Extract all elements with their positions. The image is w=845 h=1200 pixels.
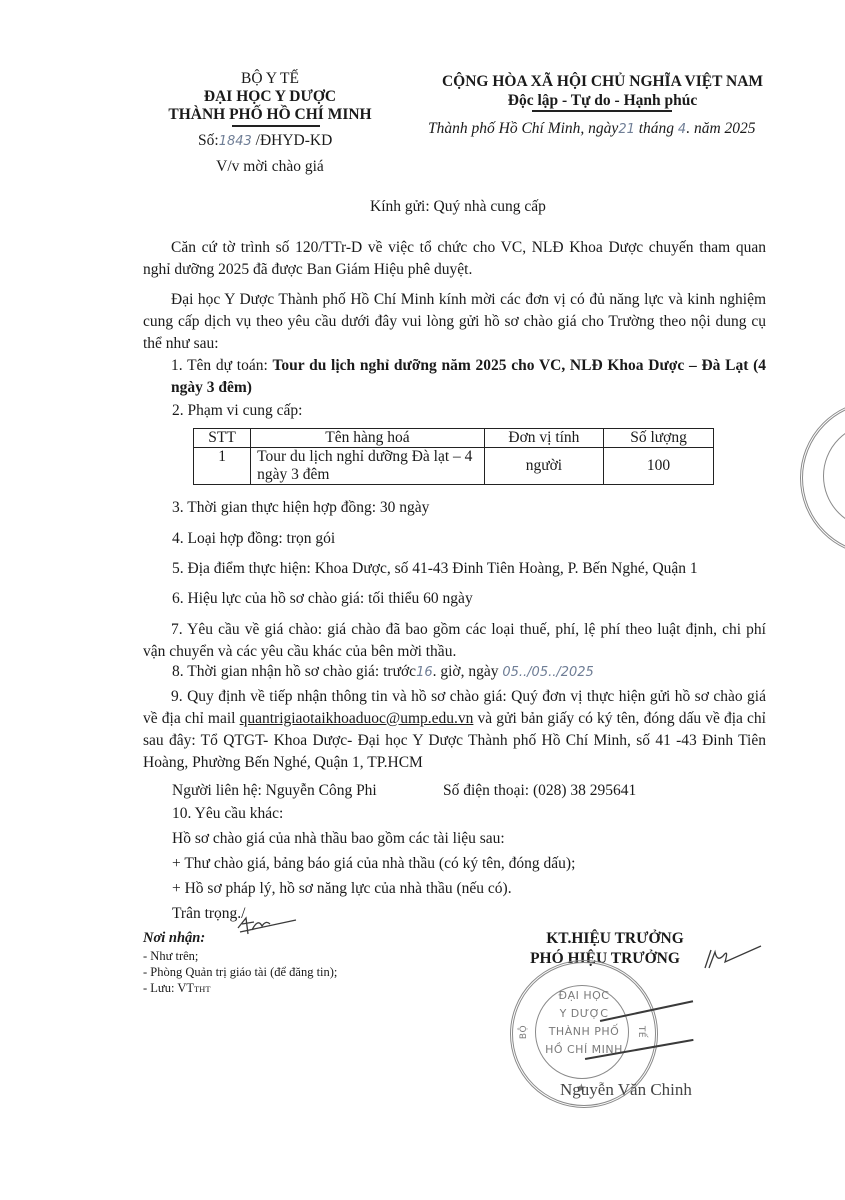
signer-name: Nguyễn Văn Chinh [560, 1080, 692, 1100]
col-header-stt: STT [194, 429, 251, 448]
stamp-left-text: BỘ [515, 1025, 533, 1039]
item-8-middle: . giờ, ngày [433, 663, 503, 680]
header-left-underline [232, 125, 320, 127]
cell-stt: 1 [194, 448, 251, 485]
stamp-line: ĐẠI HỌC [535, 987, 633, 1005]
cell-quantity: 100 [604, 448, 714, 485]
item-8: 8. Thời gian nhận hồ sơ chào giá: trước1… [172, 663, 594, 681]
doc-number-prefix: Số: [198, 132, 219, 149]
stamp-line: Y DƯỢC [535, 1005, 633, 1023]
closing-remark: Trân trọng./ [172, 905, 246, 923]
table-row: 1 Tour du lịch nghỉ dưỡng Đà lạt – 4 ngà… [194, 448, 714, 485]
stamp-text: ĐẠI HỌC Y DƯỢC THÀNH PHỐ HỒ CHÍ MINH [535, 987, 633, 1059]
deadline-date-handwritten: 05../05../2025 [502, 665, 593, 680]
recipients-title: Nơi nhận: [143, 930, 205, 947]
item-8-prefix: 8. Thời gian nhận hồ sơ chào giá: trước [172, 663, 416, 680]
initials-mark-icon [236, 914, 276, 928]
recipient-item: - Phòng Quản trị giáo tài (để đăng tin); [143, 965, 337, 980]
item-10: 10. Yêu cầu khác: [172, 805, 283, 823]
cell-item-name: Tour du lịch nghỉ dưỡng Đà lạt – 4 ngày … [251, 448, 485, 485]
item-4: 4. Loại hợp đồng: trọn gói [172, 530, 335, 548]
day-handwritten: 21 [618, 122, 635, 137]
scope-table: STT Tên hàng hoá Đơn vị tính Số lượng 1 … [193, 428, 714, 485]
recipient-storage: - Lưu: VT [143, 981, 194, 995]
signature-mark-icon [703, 944, 763, 979]
document-number: Số:1843 /ĐHYD-KD [198, 132, 332, 150]
col-header-quantity: Số lượng [604, 429, 714, 448]
cell-unit: người [484, 448, 603, 485]
place-and-date: Thành phố Hồ Chí Minh, ngày21 tháng 4. n… [428, 120, 756, 138]
salutation: Kính gửi: Quý nhà cung cấp [370, 198, 546, 216]
nation-title: CỘNG HÒA XÃ HỘI CHỦ NGHĨA VIỆT NAM [420, 73, 785, 91]
recipient-item: - Như trên; [143, 949, 198, 964]
signer-role-line1: KT.HIỆU TRƯỞNG [500, 930, 730, 948]
month-label: tháng [635, 120, 678, 137]
contact-phone: Số điện thoại: (028) 38 295641 [443, 782, 636, 800]
recipient-item: - Lưu: VTTHT [143, 981, 211, 996]
paragraph-invitation: Đại học Y Dược Thành phố Hồ Chí Minh kín… [143, 289, 766, 355]
place-date-prefix: Thành phố Hồ Chí Minh, ngày [428, 120, 618, 137]
recipient-storage-subscript: THT [194, 984, 211, 994]
motto-underline [532, 110, 672, 112]
item-10-bullet-2: + Hồ sơ pháp lý, hồ sơ năng lực của nhà … [172, 880, 512, 898]
item-2: 2. Phạm vi cung cấp: [172, 402, 302, 420]
paragraph-basis: Căn cứ tờ trình số 120/TTr-D về việc tổ … [143, 237, 766, 281]
subject-line: V/v mời chào giá [150, 158, 390, 176]
item-6: 6. Hiệu lực của hồ sơ chào giá: tối thiể… [172, 590, 473, 608]
submission-email-link[interactable]: quantrigiaotaikhoaduoc@ump.edu.vn [240, 710, 474, 727]
year-text: . năm 2025 [686, 120, 755, 137]
table-header-row: STT Tên hàng hoá Đơn vị tính Số lượng [194, 429, 714, 448]
item-7: 7. Yêu cầu về giá chào: giá chào đã bao … [143, 619, 766, 663]
university-name-line1: ĐẠI HỌC Y DƯỢC [150, 88, 390, 106]
partial-stamp-right-edge [800, 400, 845, 556]
stamp-line: HỒ CHÍ MINH [535, 1041, 633, 1059]
month-handwritten: 4 [678, 122, 686, 137]
item-10-intro: Hồ sơ chào giá của nhà thầu bao gồm các … [172, 830, 505, 848]
partial-stamp-inner-ring [823, 423, 845, 529]
contact-person: Người liên hệ: Nguyễn Công Phi [172, 782, 377, 800]
stamp-right-text: TẾ [632, 1026, 650, 1038]
item-10-bullet-1: + Thư chào giá, bảng báo giá của nhà thầ… [172, 855, 575, 873]
national-motto: Độc lập - Tự do - Hạnh phúc [420, 92, 785, 110]
item-5: 5. Địa điểm thực hiện: Khoa Dược, số 41-… [172, 560, 698, 578]
doc-number-suffix: /ĐHYD-KD [252, 132, 333, 149]
ministry-name: BỘ Y TẾ [150, 70, 390, 88]
col-header-item-name: Tên hàng hoá [251, 429, 485, 448]
item-1: 1. Tên dự toán: Tour du lịch nghỉ dưỡng … [143, 355, 766, 399]
item-9: 9. Quy định về tiếp nhận thông tin và hồ… [143, 686, 766, 774]
stamp-line: THÀNH PHỐ [535, 1023, 633, 1041]
item-1-label: 1. Tên dự toán: [171, 357, 272, 374]
university-name-line2: THÀNH PHỐ HỒ CHÍ MINH [150, 106, 390, 124]
item-3: 3. Thời gian thực hiện hợp đồng: 30 ngày [172, 499, 429, 517]
col-header-unit: Đơn vị tính [484, 429, 603, 448]
deadline-hour-handwritten: 16 [416, 665, 433, 680]
doc-number-handwritten: 1843 [219, 134, 252, 149]
